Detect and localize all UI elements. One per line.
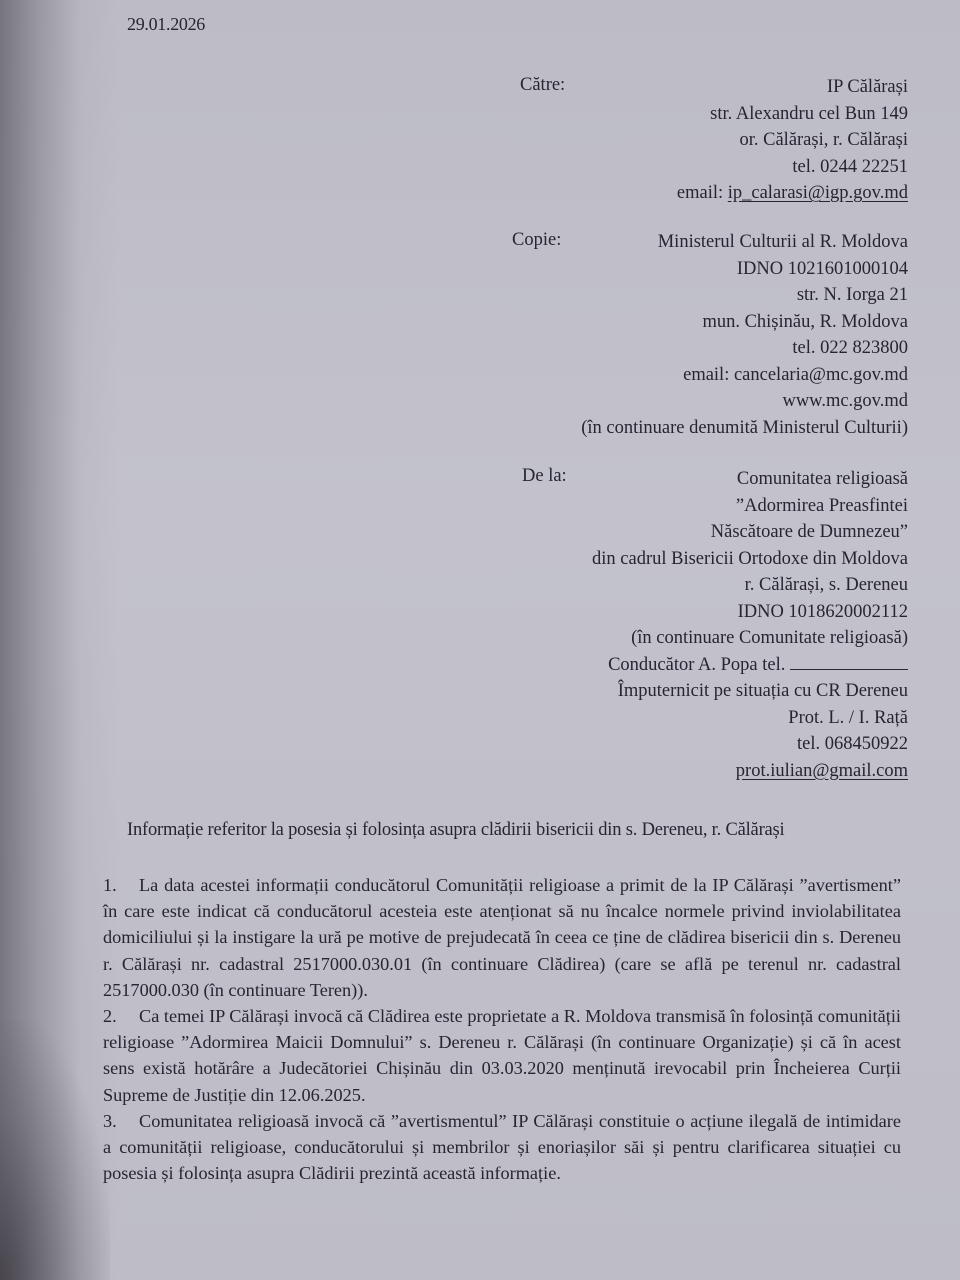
representative-line: Împuternicit pe situația cu CR Dereneu	[592, 678, 908, 705]
document-body: 1.La data acestei informații conducătoru…	[103, 872, 901, 1186]
copy-line: mun. Chișinău, R. Moldova	[581, 309, 908, 336]
representative-line: tel. 068450922	[592, 731, 908, 758]
sender-line: Născătoare de Dumnezeu”	[592, 519, 908, 546]
paragraph-3: 3.Comunitatea religioasă invocă că ”aver…	[103, 1108, 901, 1187]
sender-label: De la:	[522, 466, 567, 487]
copy-line: Ministerul Culturii al R. Moldova	[581, 229, 908, 256]
recipient-block: IP Călărași str. Alexandru cel Bun 149 o…	[677, 74, 908, 207]
recipient-email-prefix: email:	[677, 183, 728, 203]
sender-line: Comunitatea religioasă	[592, 466, 908, 493]
paragraph-text: Comunitatea religioasă invocă că ”averti…	[103, 1111, 901, 1183]
copy-block: Ministerul Culturii al R. Moldova IDNO 1…	[581, 229, 908, 441]
paragraph-2: 2.Ca temei IP Călărași invocă că Clădire…	[103, 1003, 901, 1108]
recipient-email-link[interactable]: ip_calarasi@igp.gov.md	[728, 183, 908, 203]
copy-line: tel. 022 823800	[581, 335, 908, 362]
sender-line: (în continuare Comunitate religioasă)	[592, 625, 908, 652]
copy-line: str. N. Iorga 21	[581, 282, 908, 309]
paragraph-text: Ca temei IP Călărași invocă că Clădirea …	[103, 1006, 901, 1105]
sender-line: ”Adormirea Preasfintei	[592, 493, 908, 520]
copy-line: (în continuare denumită Ministerul Cultu…	[581, 415, 908, 442]
recipient-line: tel. 0244 22251	[677, 154, 908, 181]
leader-text: Conducător A. Popa tel.	[608, 655, 785, 675]
sender-block: Comunitatea religioasă ”Adormirea Preasf…	[592, 466, 908, 784]
page-shadow	[0, 1020, 110, 1280]
recipient-line: str. Alexandru cel Bun 149	[677, 101, 908, 128]
phone-blank-field	[790, 653, 908, 670]
paragraph-1: 1.La data acestei informații conducătoru…	[103, 872, 901, 1003]
paragraph-number: 1.	[103, 872, 139, 898]
sender-line: IDNO 1018620002112	[592, 599, 908, 626]
recipient-line: or. Călărași, r. Călărași	[677, 127, 908, 154]
sender-line: r. Călărași, s. Dereneu	[592, 572, 908, 599]
recipient-email-line: email: ip_calarasi@igp.gov.md	[677, 180, 908, 207]
copy-line: IDNO 1021601000104	[581, 256, 908, 283]
paragraph-number: 2.	[103, 1003, 139, 1029]
sender-line: din cadrul Bisericii Ortodoxe din Moldov…	[592, 546, 908, 573]
paragraph-text: La data acestei informații conducătorul …	[103, 875, 901, 1000]
copy-website-line: www.mc.gov.md	[581, 388, 908, 415]
representative-email-link[interactable]: prot.iulian@gmail.com	[592, 758, 908, 785]
leader-line: Conducător A. Popa tel.	[592, 652, 908, 679]
paragraph-number: 3.	[103, 1108, 139, 1134]
document-subject: Informație referitor la posesia și folos…	[127, 820, 784, 841]
copy-label: Copie:	[512, 230, 561, 251]
recipient-line: IP Călărași	[677, 74, 908, 101]
recipient-label: Către:	[520, 75, 565, 96]
document-date: 29.01.2026	[127, 14, 205, 35]
copy-email-line: email: cancelaria@mc.gov.md	[581, 362, 908, 389]
representative-line: Prot. L. / I. Rață	[592, 705, 908, 732]
